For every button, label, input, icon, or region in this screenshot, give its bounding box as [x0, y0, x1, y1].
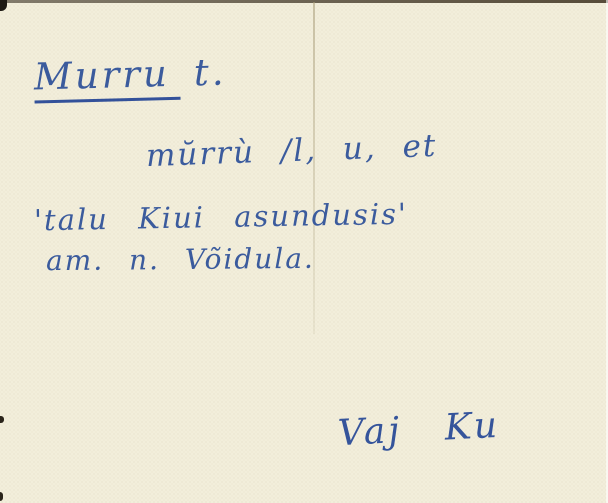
collector-signature: Vaj Ku [337, 408, 501, 452]
scan-speck [0, 492, 3, 501]
heading-farm-name: Murru [33, 55, 180, 104]
dialect-forms-line: mŭrrù /l, u, et [146, 131, 438, 172]
heading-suffix: t. [193, 53, 227, 91]
official-name-line: am. n. Võidula. [46, 245, 315, 275]
card-heading: Murrut. [33, 53, 227, 103]
scan-top-edge [0, 0, 608, 3]
index-card-scan: Murrut. mŭrrù /l, u, et 'talu Kiui asund… [0, 0, 608, 503]
scan-speck [0, 416, 4, 423]
location-line: 'talu Kiui asundusis' [34, 200, 408, 236]
scan-corner-mark [0, 0, 7, 11]
